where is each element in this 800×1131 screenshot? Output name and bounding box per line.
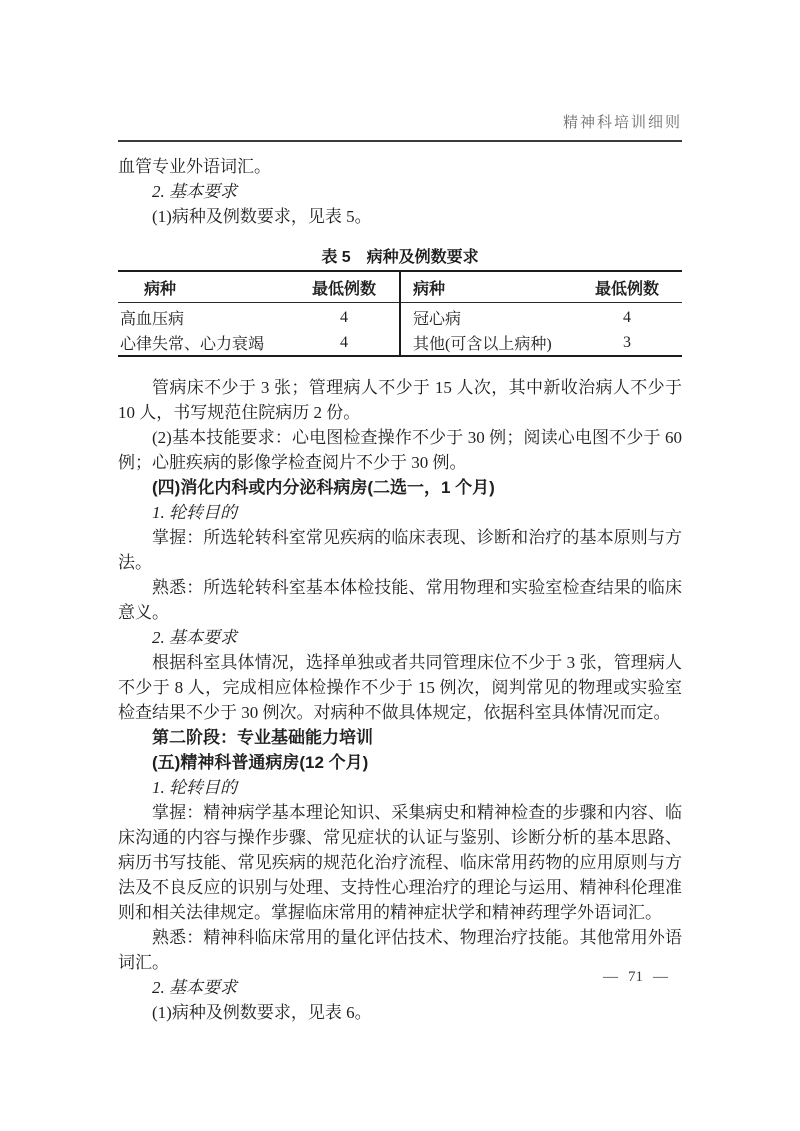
paragraph: 1. 轮转目的: [118, 775, 682, 800]
table-half: 病种最低例数冠心病4其他(可含以上病种)3: [399, 272, 682, 355]
page-number-dash-right: —: [653, 969, 668, 985]
table-header-cell: 病种: [118, 276, 289, 299]
table-half: 病种最低例数高血压病4心律失常、心力衰竭4: [118, 272, 399, 355]
table-header-row: 病种最低例数: [118, 272, 399, 303]
paragraph: (1)病种及例数要求，见表 6。: [118, 1000, 682, 1025]
table-header-row: 病种最低例数: [401, 272, 682, 303]
paragraph: (五)精神科普通病房(12 个月): [118, 750, 682, 775]
paragraph: 1. 轮转目的: [118, 500, 682, 525]
paragraph: (1)病种及例数要求，见表 5。: [118, 204, 682, 229]
page-number-value: 71: [628, 969, 643, 985]
table-cell: 4: [289, 334, 399, 352]
paragraph: 掌握：精神病学基本理论知识、采集病史和精神检查的步骤和内容、临床沟通的内容与操作…: [118, 800, 682, 925]
page-content: 精神科培训细则 血管专业外语词汇。2. 基本要求(1)病种及例数要求，见表 5。…: [118, 112, 682, 1025]
body-text-upper: 血管专业外语词汇。2. 基本要求(1)病种及例数要求，见表 5。: [118, 154, 682, 229]
page-number-dash-left: —: [603, 969, 618, 985]
running-header-title: 精神科培训细则: [563, 115, 682, 131]
table-cell: 4: [289, 309, 399, 327]
table-row: 高血压病4: [118, 305, 399, 330]
document-page: 精神科培训细则 血管专业外语词汇。2. 基本要求(1)病种及例数要求，见表 5。…: [0, 0, 800, 1131]
table-header-cell: 最低例数: [572, 276, 682, 299]
paragraph: 2. 基本要求: [118, 625, 682, 650]
running-header: 精神科培训细则: [118, 112, 682, 142]
table-cell: 心律失常、心力衰竭: [118, 331, 289, 354]
paragraph: 第二阶段：专业基础能力培训: [118, 725, 682, 750]
table-header-cell: 最低例数: [289, 276, 399, 299]
paragraph: 掌握：所选轮转科室常见疾病的临床表现、诊断和治疗的基本原则与方法。: [118, 525, 682, 575]
table-cell: 3: [572, 334, 682, 352]
paragraph: 熟悉：所选轮转科室基本体检技能、常用物理和实验室检查结果的临床意义。: [118, 575, 682, 625]
table-header-cell: 病种: [401, 276, 572, 299]
paragraph: 血管专业外语词汇。: [118, 154, 682, 179]
table-row: 冠心病4: [401, 305, 682, 330]
paragraph: 根据科室具体情况，选择单独或者共同管理床位不少于 3 张，管理病人不少于 8 人…: [118, 650, 682, 725]
paragraph: 2. 基本要求: [118, 179, 682, 204]
table-cell: 4: [572, 309, 682, 327]
page-number: —71—: [593, 966, 678, 988]
table-row: 心律失常、心力衰竭4: [118, 330, 399, 355]
table-cell: 其他(可含以上病种): [401, 331, 572, 354]
body-text-lower: 管病床不少于 3 张；管理病人不少于 15 人次，其中新收治病人不少于 10 人…: [118, 375, 682, 1025]
table-caption: 表 5 病种及例数要求: [118, 245, 682, 270]
paragraph: (四)消化内科或内分泌科病房(二选一，1 个月): [118, 475, 682, 500]
disease-cases-table: 病种最低例数高血压病4心律失常、心力衰竭4病种最低例数冠心病4其他(可含以上病种…: [118, 270, 682, 357]
paragraph: (2)基本技能要求：心电图检查操作不少于 30 例；阅读心电图不少于 60 例；…: [118, 425, 682, 475]
table-cell: 冠心病: [401, 306, 572, 329]
table-cell: 高血压病: [118, 306, 289, 329]
table-row: 其他(可含以上病种)3: [401, 330, 682, 355]
paragraph: 管病床不少于 3 张；管理病人不少于 15 人次，其中新收治病人不少于 10 人…: [118, 375, 682, 425]
